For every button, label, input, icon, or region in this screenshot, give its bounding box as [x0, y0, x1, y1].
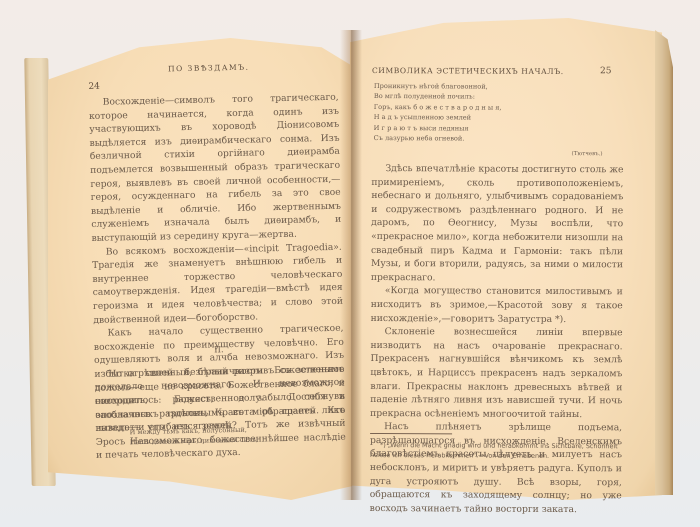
- left-page-number: 24: [88, 82, 100, 92]
- right-page-number: 25: [600, 66, 612, 76]
- footnote: *) „Wenn die Macht gnädig wird und herab…: [370, 440, 622, 461]
- verse-attribution: (Тютчевъ.): [572, 149, 603, 160]
- verse-line: Съ лазурью неба огневой.: [374, 133, 502, 144]
- verse-line: И г р а ю т ъ выси ледяныя: [374, 123, 502, 134]
- verse-line: Н а д ъ усыпленною землей: [374, 112, 502, 123]
- paragraph: Во всякомъ восхожденіи—«incipit Tragoedi…: [92, 240, 344, 327]
- paragraph: Склоненіе вознесшейся линіи впервые низв…: [370, 325, 622, 421]
- verse-line: Во мглѣ полуденной почилъ:: [374, 91, 502, 102]
- book-right-edge: [655, 30, 673, 495]
- right-running-head: СИМВОЛИКА ЭСТЕТИЧЕСКИХЪ НАЧАЛЪ.: [372, 66, 564, 76]
- right-verse: Проникнутъ нѣгой благовонной, Во мглѣ по…: [374, 81, 502, 144]
- paragraph: Здѣсь впечатлѣніе красоты достигнуто сто…: [371, 162, 624, 286]
- paragraph: Насъ плѣняетъ зрѣлище подъема, разрѣшающ…: [370, 420, 622, 516]
- paragraph: Восхожденіе—символъ того трагическаго, к…: [89, 91, 342, 246]
- paragraph: «Когда могущество становится милостивымъ…: [371, 284, 623, 326]
- verse-line: Горъ, какъ б о ж е с т в а р о д н ы я,: [374, 102, 502, 113]
- verse-line: Проникнутъ нѣгой благовонной,: [374, 81, 502, 92]
- open-book: ПО ЗВѢЗДАМЪ. 24 Восхожденіе—символъ того…: [0, 0, 700, 527]
- left-running-head: ПО ЗВѢЗДАМЪ.: [168, 63, 250, 74]
- left-verse: И между тѣмъ какъ, полусонный, Нашъ доль…: [130, 425, 259, 448]
